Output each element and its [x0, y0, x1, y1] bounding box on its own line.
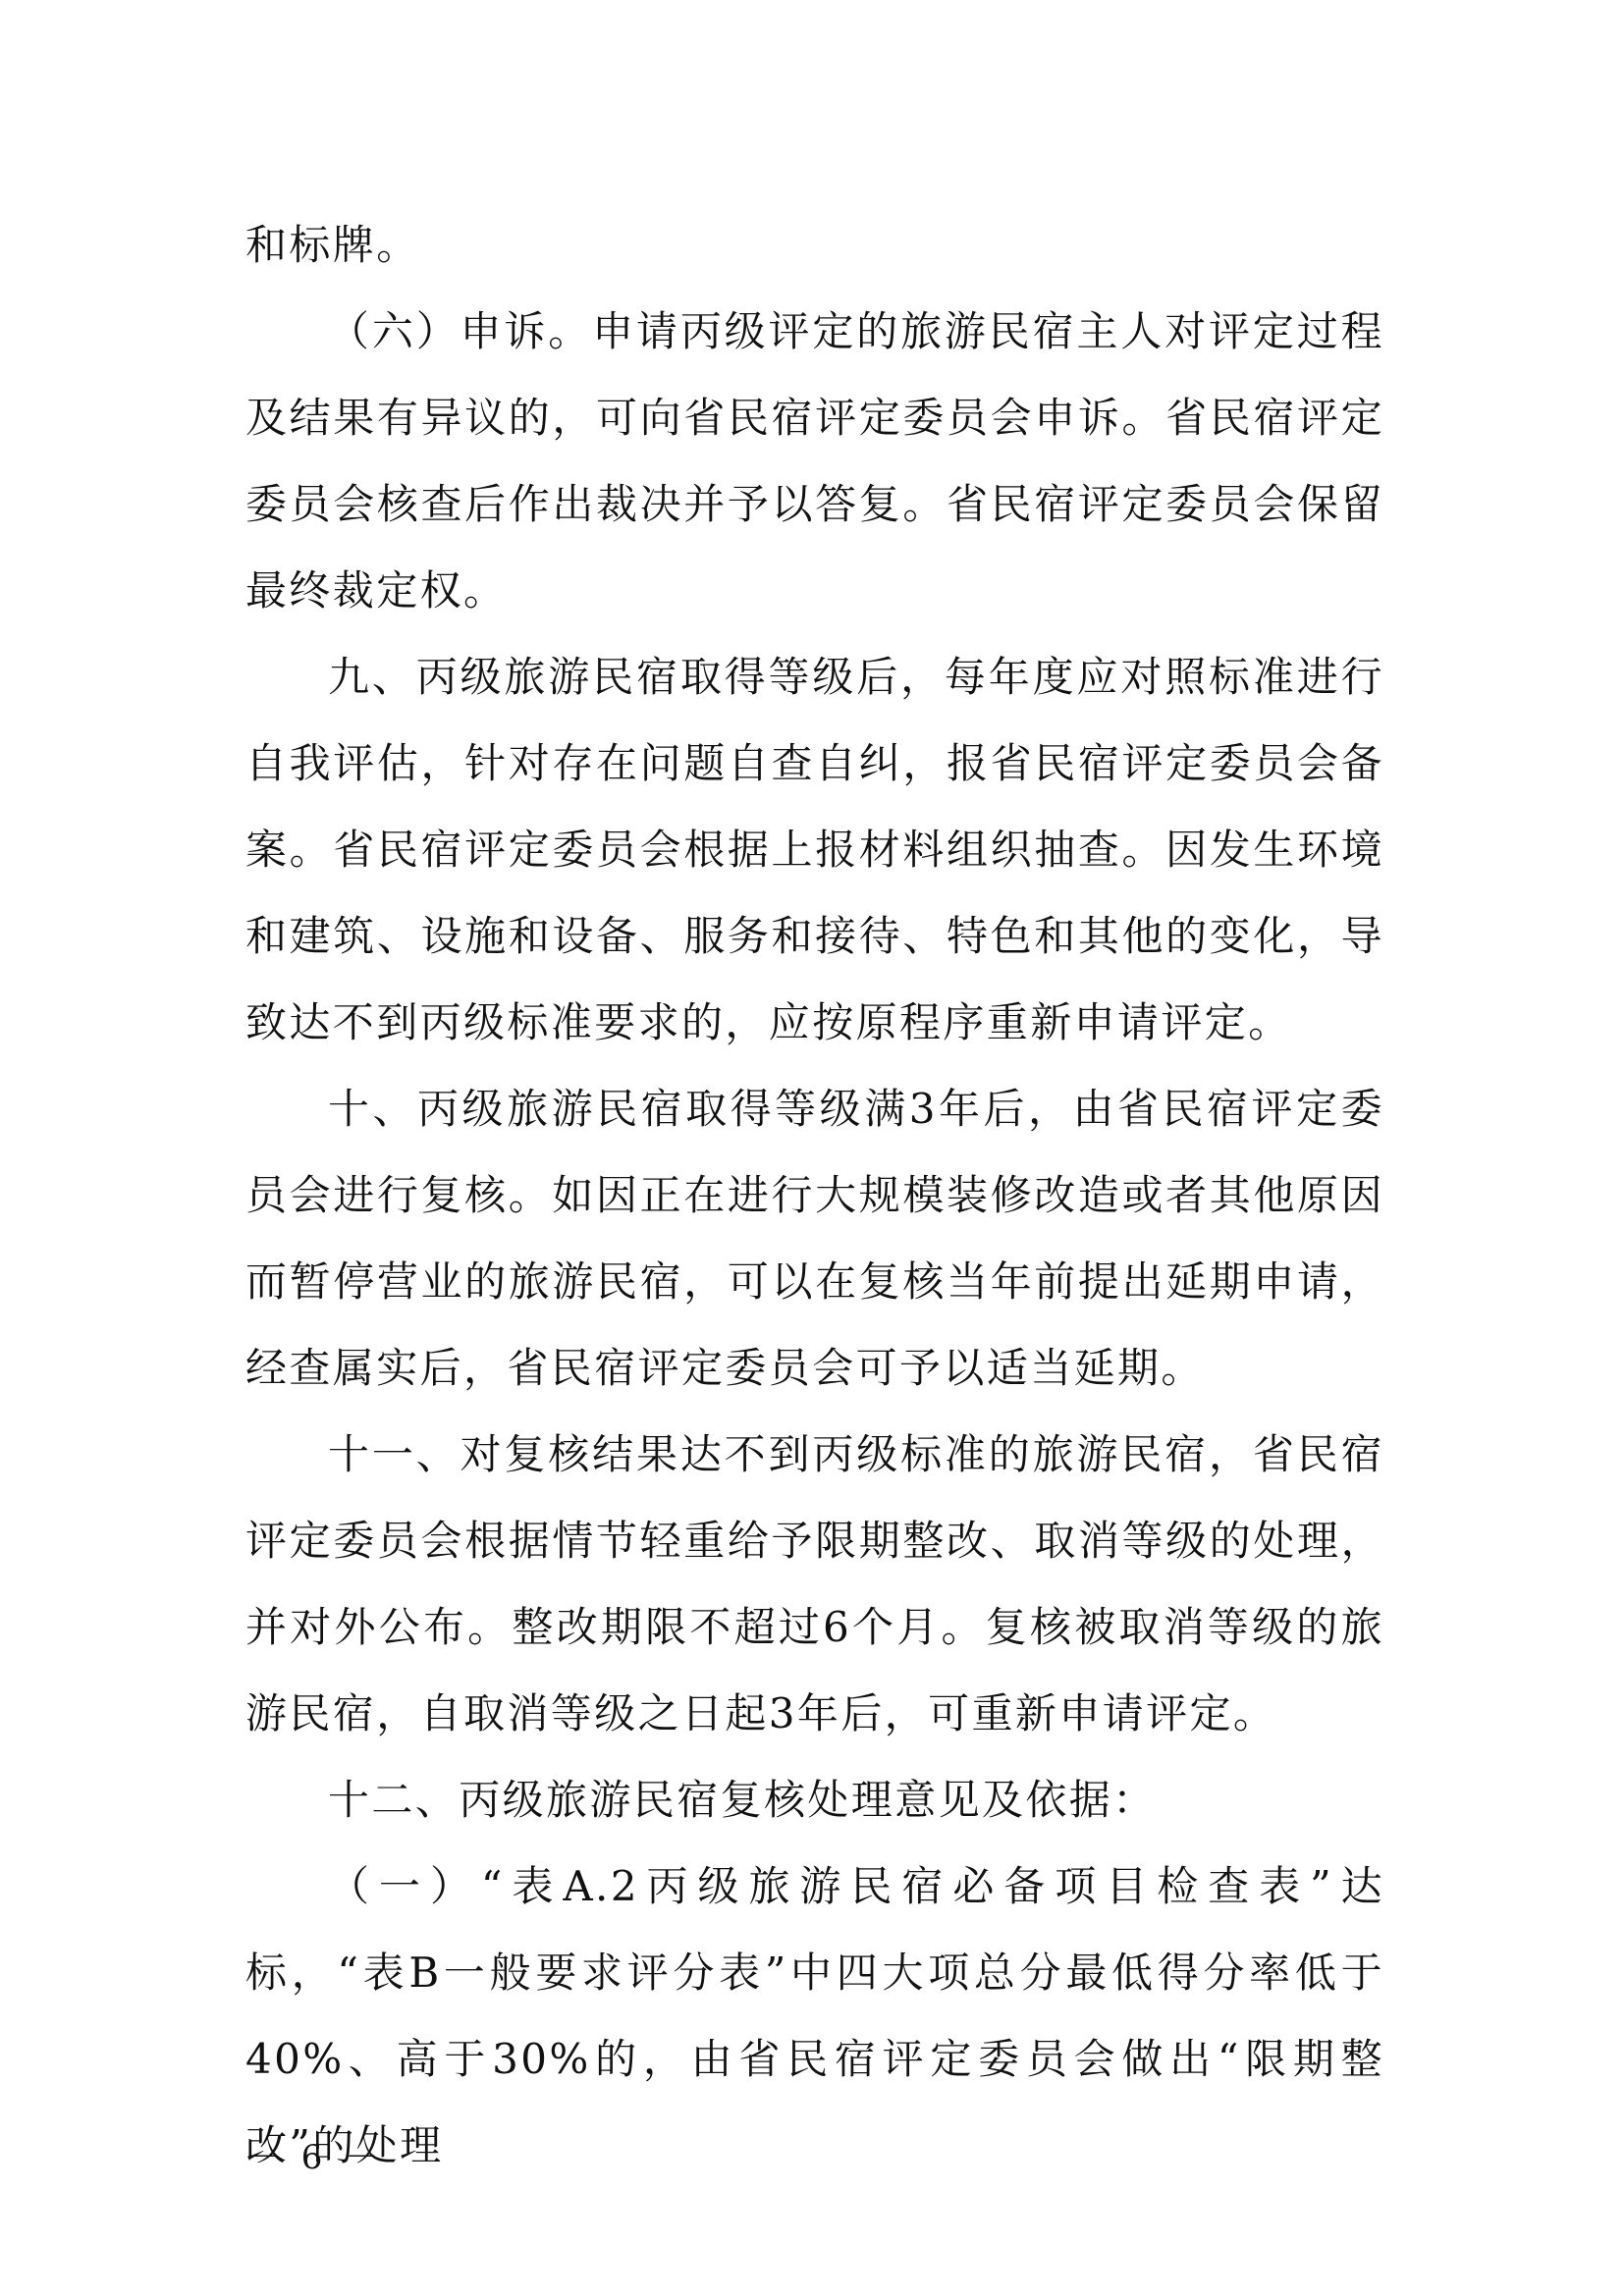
document-body: 和标牌。 （六）申诉。申请丙级评定的旅游民宿主人对评定过程及结果有异议的，可向省…: [245, 202, 1384, 2189]
paragraph-item-12-1: （一）“表A.2丙级旅游民宿必备项目检查表”达标，“表B一般要求评分表”中四大项…: [245, 1843, 1384, 2189]
document-page: 和标牌。 （六）申诉。申请丙级评定的旅游民宿主人对评定过程及结果有异议的，可向省…: [0, 0, 1624, 2296]
paragraph-appeal: （六）申诉。申请丙级评定的旅游民宿主人对评定过程及结果有异议的，可向省民宿评定委…: [245, 289, 1384, 634]
paragraph-item-10: 十、丙级旅游民宿取得等级满3年后，由省民宿评定委员会进行复核。如因正在进行大规模…: [245, 1066, 1384, 1412]
paragraph-item-12: 十二、丙级旅游民宿复核处理意见及依据：: [245, 1757, 1384, 1843]
paragraph-item-11: 十一、对复核结果达不到丙级标准的旅游民宿，省民宿评定委员会根据情节轻重给予限期整…: [245, 1412, 1384, 1757]
page-number: － 6 －: [245, 2130, 384, 2178]
paragraph-item-9: 九、丙级旅游民宿取得等级后，每年度应对照标准进行自我评估，针对存在问题自查自纠，…: [245, 634, 1384, 1066]
paragraph-continuation: 和标牌。: [245, 202, 1384, 289]
